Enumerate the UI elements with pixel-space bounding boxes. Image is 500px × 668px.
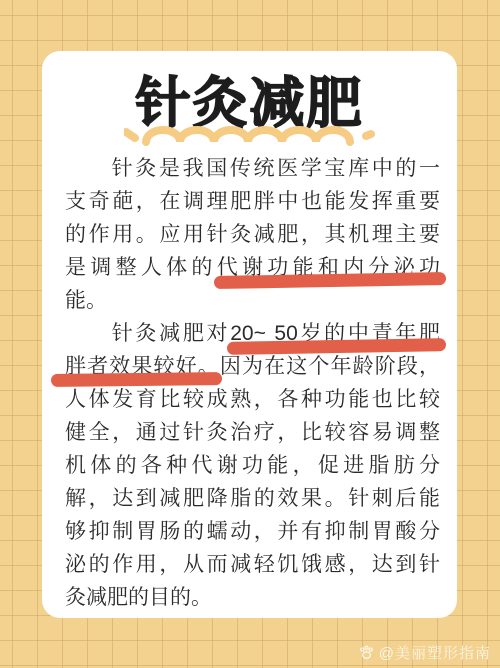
text-line: 机体的各种代谢功能，促进脂肪分 (65, 449, 440, 482)
line-text: 能。 (65, 289, 107, 312)
text-line: 健全，通过针灸治疗，比较容易调整 (65, 416, 440, 449)
line-text: 泌的作用，从而减轻饥饿感，达到针 (65, 553, 440, 576)
line-text: 解，达到减肥降脂的效果。针刺后能 (65, 487, 440, 510)
highlight-underline-text: 代谢功能和内分泌功 (217, 256, 440, 279)
page-background: 针灸减肥 针灸是我国传统医学宝库中的一 支奇葩，在调理肥胖中也能发挥重要 的作用… (0, 0, 500, 668)
text-line: 是调整人体的代谢功能和内分泌功 (65, 251, 440, 284)
content-card: 针灸减肥 针灸是我国传统医学宝库中的一 支奇葩，在调理肥胖中也能发挥重要 的作用… (42, 51, 457, 618)
watermark-text: @美丽塑形指南 (379, 642, 491, 663)
line-text: 够抑制胃肠的蠕动，并有抑制胃酸分 (65, 520, 440, 543)
body-text: 针灸是我国传统医学宝库中的一 支奇葩，在调理肥胖中也能发挥重要 的作用。应用针灸… (65, 152, 440, 614)
line-text: 是调整人体的 (65, 256, 217, 279)
line-text: 机体的各种代谢功能，促进脂肪分 (65, 454, 440, 477)
text-line: 灸减肥的目的。 (65, 581, 440, 614)
highlight-underline-text: 胖者效果较好。 (65, 355, 220, 378)
line-text: 灸减肥的目的。 (65, 586, 212, 609)
text-line: 够抑制胃肠的蠕动，并有抑制胃酸分 (65, 515, 440, 548)
line-text: 针灸减肥对 (109, 322, 230, 345)
line-text: 支奇葩，在调理肥胖中也能发挥重要 (65, 190, 440, 213)
text-line: 支奇葩，在调理肥胖中也能发挥重要 (65, 185, 440, 218)
text-line: 的作用。应用针灸减肥，其机理主要 (65, 218, 440, 251)
line-text: 的作用。应用针灸减肥，其机理主要 (65, 223, 440, 246)
line-text: 人体发育比较成熟，各种功能也比较 (65, 388, 440, 411)
title-underline-decoration (124, 125, 376, 149)
text-line: 针灸是我国传统医学宝库中的一 (65, 152, 440, 185)
text-line: 解，达到减肥降脂的效果。针刺后能 (65, 482, 440, 515)
line-text: 针灸是我国传统医学宝库中的一 (109, 157, 440, 180)
text-line: 能。 (65, 284, 440, 317)
line-text: 因为在这个年龄阶段， (220, 355, 440, 378)
text-line: 人体发育比较成熟，各种功能也比较 (65, 383, 440, 416)
text-line: 针灸减肥对20~ 50岁的中青年肥 (65, 317, 440, 350)
watermark: @美丽塑形指南 (358, 642, 491, 663)
text-line: 胖者效果较好。因为在这个年龄阶段， (65, 350, 440, 383)
highlight-underline-text: 20~ 50岁的中青年肥 (230, 322, 440, 345)
paw-icon (358, 644, 375, 661)
line-text: 健全，通过针灸治疗，比较容易调整 (65, 421, 440, 444)
text-line: 泌的作用，从而减轻饥饿感，达到针 (65, 548, 440, 581)
